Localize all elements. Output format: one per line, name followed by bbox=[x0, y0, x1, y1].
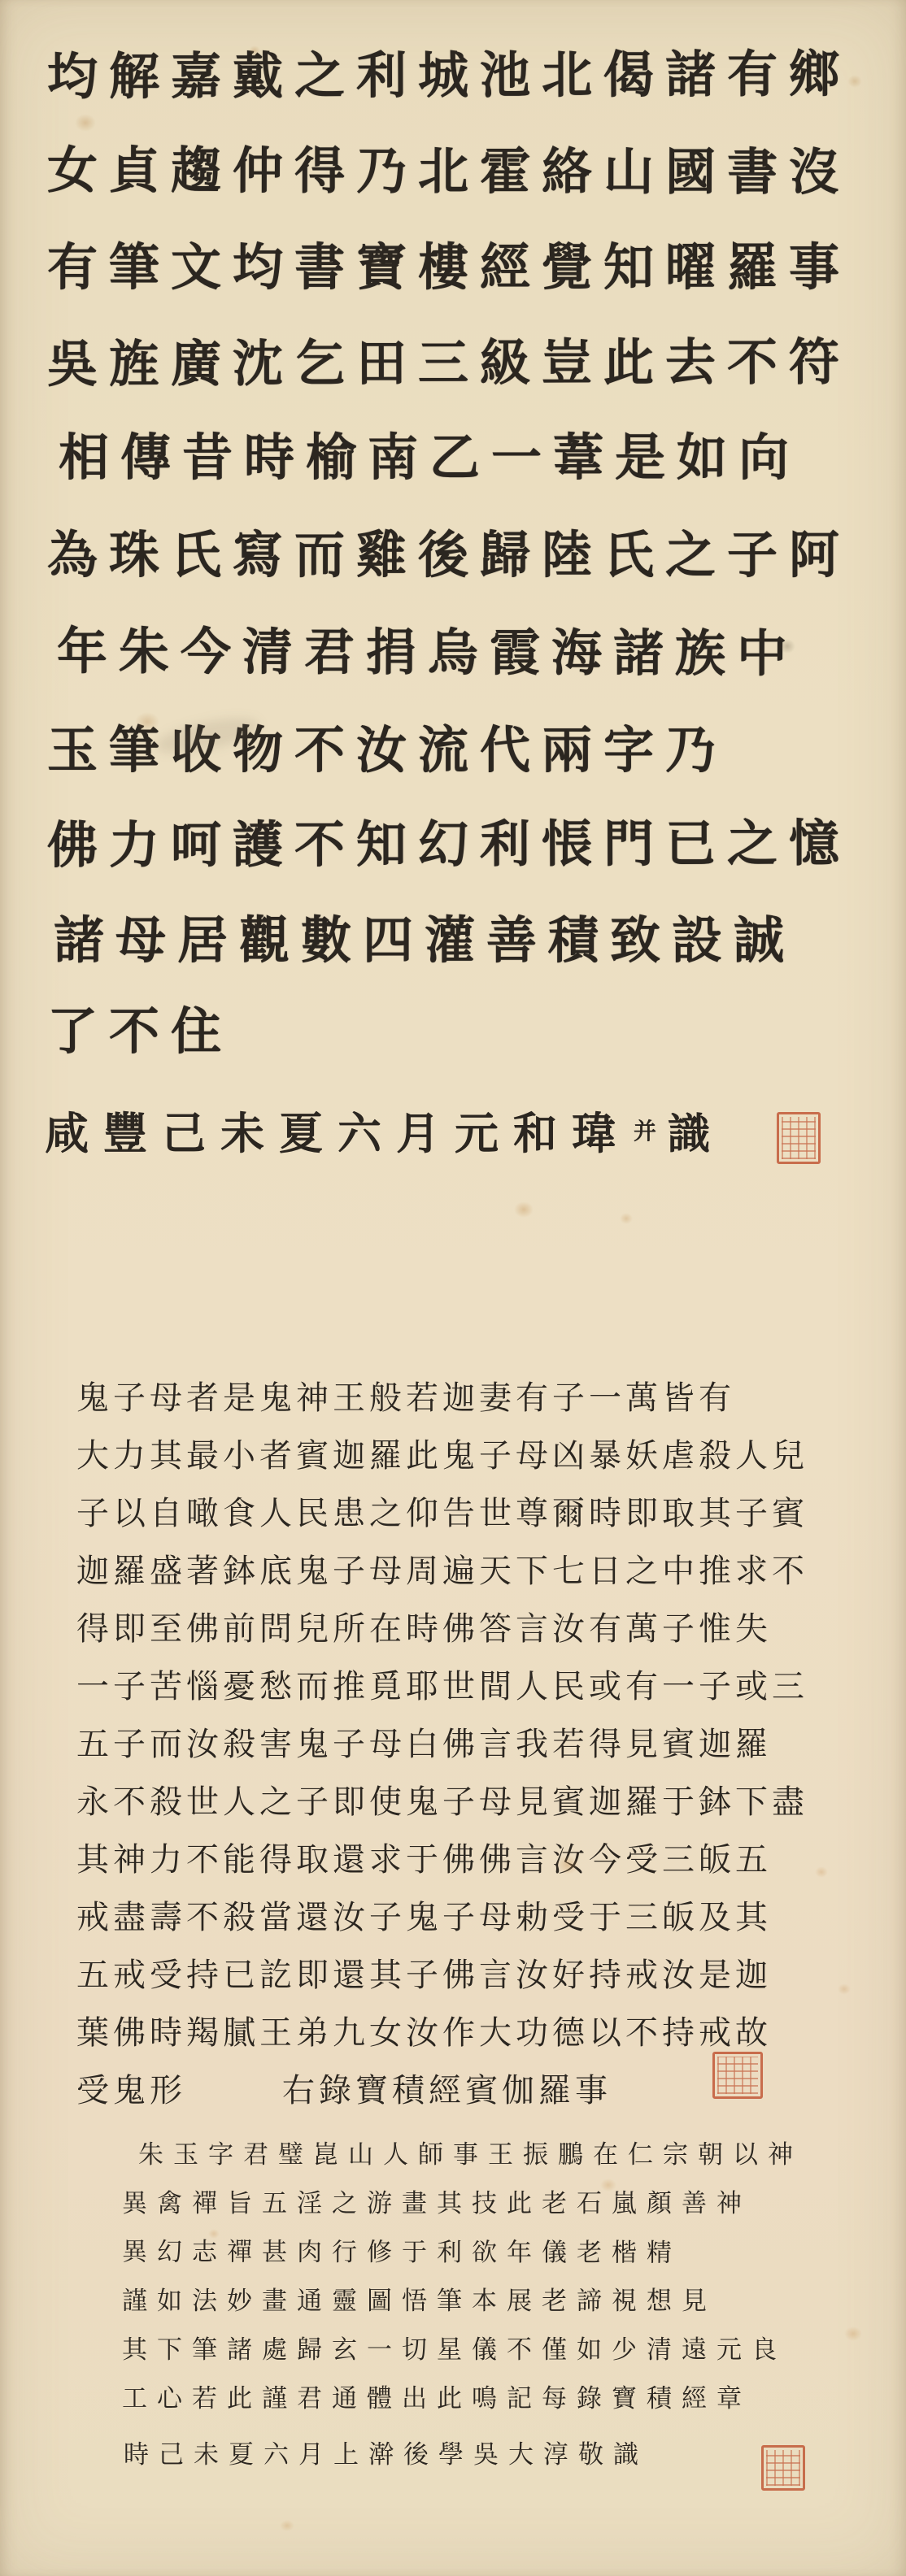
calligraphy-row: 相傳昔時榆南乙一葦是如向 bbox=[59, 432, 800, 483]
signature-small-text: 并 bbox=[634, 1118, 660, 1145]
sutra-row: 一子苦惱憂愁而推覓耶世間人民或有一子或三 bbox=[76, 1670, 808, 1703]
foxing-spot bbox=[514, 1201, 534, 1218]
sutra-row: 葉佛時羯膩王弟九女汝作大功德以不持戒故 bbox=[76, 2017, 772, 2049]
calligraphy-row: 了不住 bbox=[47, 1006, 233, 1057]
signature-end-text: 識 bbox=[668, 1110, 710, 1159]
colophon-row: 異幻志禪甚肉行修于利欲年儀老楷精 bbox=[122, 2239, 682, 2265]
sutra-row: 子以自噉食人民患之仰告世尊爾時即取其子賓 bbox=[76, 1497, 808, 1530]
sutra-footer-row: 受鬼形右錄寶積經賓伽羅事 bbox=[76, 2074, 612, 2107]
colophon-signature-row: 時己未夏六月上澣後學吳大淳敬識 bbox=[124, 2443, 648, 2468]
calligraphy-row: 年朱今清君捐烏霞海諸族中 bbox=[57, 626, 799, 679]
source-attribution-text: 右錄寶積經賓伽羅事 bbox=[282, 2072, 612, 2109]
foxing-spot bbox=[838, 1983, 851, 1995]
colophon-red-seal bbox=[761, 2445, 805, 2491]
calligraphy-row: 玉筆收物不汝流代兩字乃 bbox=[47, 725, 727, 775]
sutra-red-seal bbox=[712, 2052, 763, 2099]
calligraphy-row: 為珠氏寫而雞後歸陸氏之子阿 bbox=[47, 530, 851, 580]
calligraphy-row: 佛力呵護不知幻利悵門已之憶 bbox=[47, 819, 851, 871]
foxing-spot bbox=[620, 1213, 633, 1224]
colophon-row: 其下筆諸處歸玄一切星儀不僅如少清遠元良 bbox=[122, 2338, 786, 2363]
calligraphy-scroll: 均解嘉戴之利城池北偈諸有鄉 女貞趨仲得乃北霍絡山國書沒 有筆文均書寶樓經覺知曜羅… bbox=[0, 0, 906, 2576]
sutra-row: 其神力不能得取還求于佛佛言汝今受三皈五 bbox=[76, 1844, 772, 1876]
colophon-row: 謹如法妙畫通靈圖悟筆本展老諦視想見 bbox=[122, 2289, 717, 2314]
calligraphy-row: 女貞趨仲得乃北霍絡山國書沒 bbox=[47, 146, 851, 198]
sutra-row: 五子而汝殺害鬼子母白佛言我若得見賓迦羅 bbox=[76, 1728, 772, 1761]
sutra-row: 五戒受持已訖即還其子佛言汝好持戒汝是迦 bbox=[76, 1959, 772, 1992]
seal-script-pattern bbox=[766, 2450, 800, 2486]
calligraphy-row: 有筆文均書寶樓經覺知曜羅事 bbox=[47, 242, 851, 293]
seal-script-pattern bbox=[782, 1117, 816, 1159]
sutra-row: 得即至佛前問兒所在時佛答言汝有萬子惟失 bbox=[76, 1613, 772, 1645]
signature-red-seal bbox=[777, 1112, 821, 1164]
foxing-spot bbox=[815, 1866, 828, 1878]
sutra-row: 永不殺世人之子即使鬼子母見賓迦羅于鉢下盡 bbox=[76, 1786, 808, 1818]
colophon-row: 異禽禪旨五淫之游畫其技此老石嵐顏善神 bbox=[122, 2192, 751, 2217]
foxing-spot bbox=[844, 2326, 862, 2341]
foxing-spot bbox=[280, 2520, 294, 2531]
sutra-row: 戒盡壽不殺當還汝子鬼子母勅受于三皈及其 bbox=[76, 1901, 772, 1934]
signature-date-text: 咸豐己未夏六月元和瑋 bbox=[45, 1108, 630, 1159]
seal-script-pattern bbox=[717, 2057, 758, 2094]
sutra-row: 鬼子母者是鬼神王般若迦妻有子一萬皆有 bbox=[76, 1382, 735, 1414]
calligraphy-row: 吳旌廣沈乞田三級豈此去不符 bbox=[47, 337, 851, 390]
foxing-spot bbox=[75, 114, 96, 132]
colophon-row: 工心若此謹君通體出此鳴記每錄寶積經章 bbox=[122, 2387, 751, 2412]
sutra-footer-text: 受鬼形 bbox=[76, 2072, 186, 2109]
colophon-row: 朱玉字君璧崑山人師事王振鵬在仁宗朝以神 bbox=[138, 2143, 803, 2168]
sutra-row: 迦羅盛著鉢底鬼子母周遍天下七日之中推求不 bbox=[76, 1555, 808, 1588]
signature-row: 咸豐己未夏六月元和瑋并識 bbox=[45, 1099, 710, 1162]
calligraphy-row: 諸母居觀數四灌善積致設誠 bbox=[54, 915, 795, 966]
sutra-row: 大力其最小者賓迦羅此鬼子母凶暴妖虐殺人兒 bbox=[76, 1440, 808, 1472]
calligraphy-row: 均解嘉戴之利城池北偈諸有鄉 bbox=[47, 49, 851, 102]
